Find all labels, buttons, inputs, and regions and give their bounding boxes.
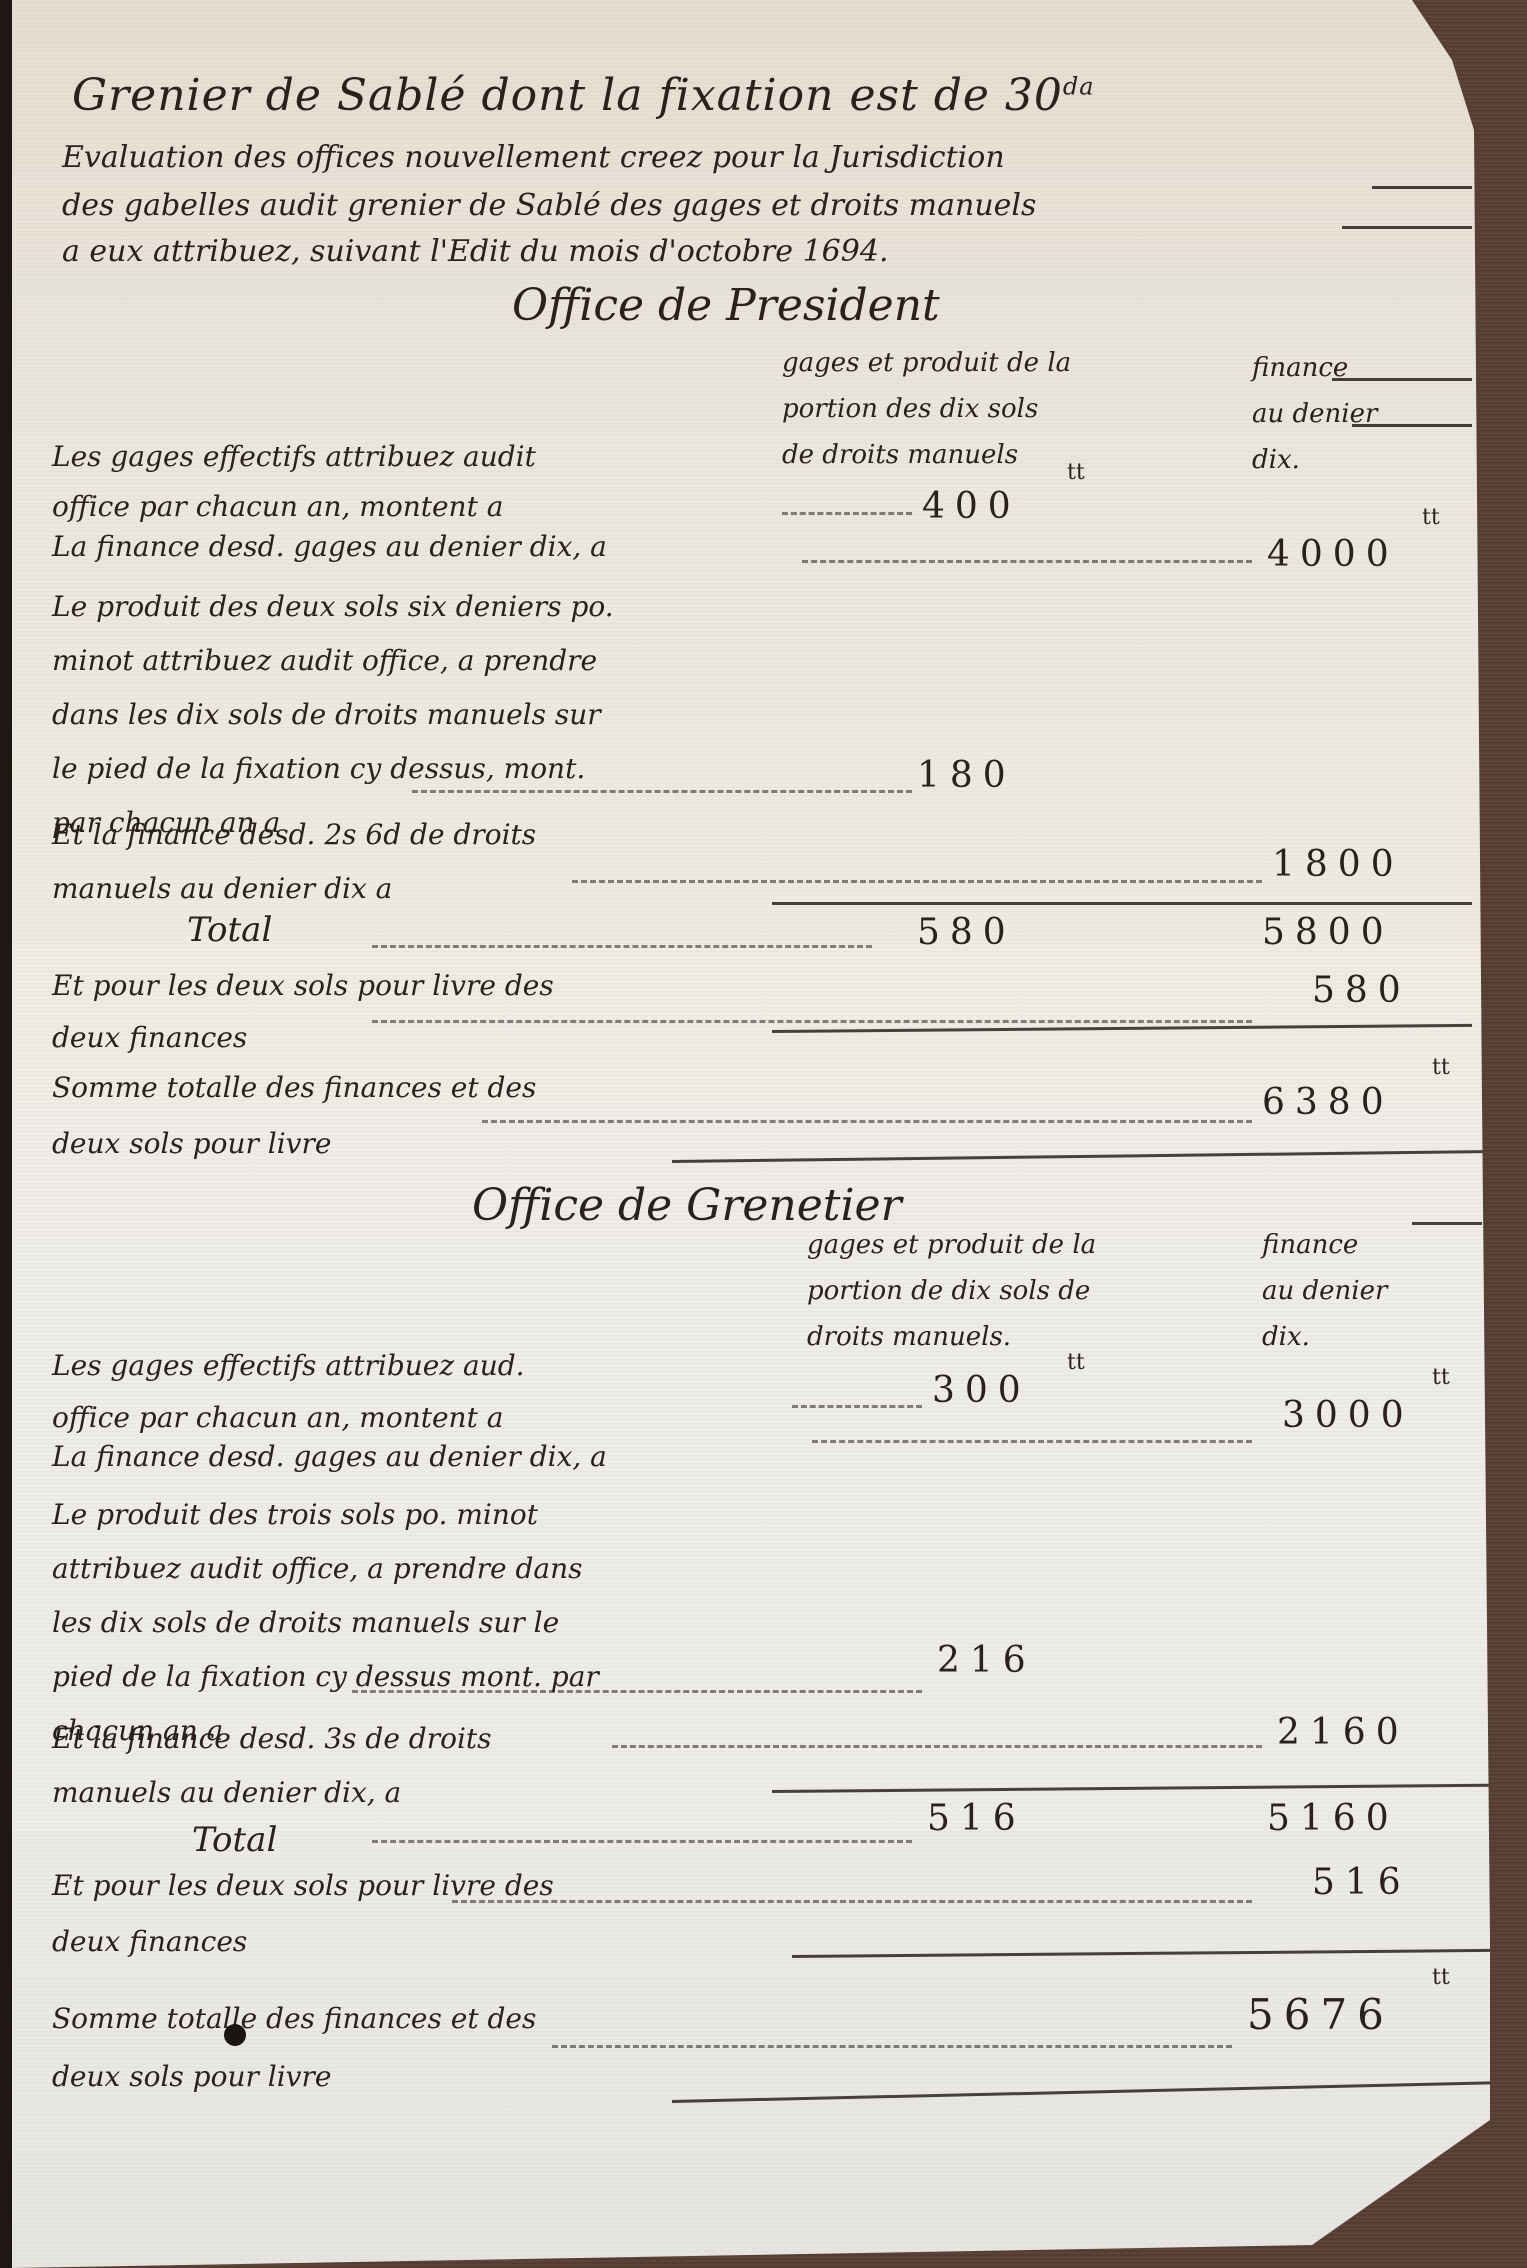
col1-header-line: portion de dix sols de — [807, 1268, 1096, 1314]
total-col1: 580 — [917, 912, 1016, 953]
col2-header-line: dix. — [1252, 437, 1377, 483]
two-sols-value: 516 — [1312, 1862, 1411, 1903]
col1-header-line: gages et produit de la — [807, 1222, 1096, 1268]
total-col1: 516 — [927, 1798, 1026, 1839]
total-col2: 5160 — [1267, 1798, 1399, 1839]
livres-mark: tt — [1432, 1055, 1450, 1080]
row-text-line: Et pour les deux sols pour livre des — [52, 1858, 554, 1914]
row-text-line: office par chacun an, montent a — [52, 482, 536, 532]
grand-total-text: Somme totalle des finances et des deux s… — [52, 1990, 536, 2106]
row-text-line: Et la finance desd. 2s 6d de droits — [52, 808, 536, 862]
row-text-line: Somme totalle des finances et des — [52, 1990, 536, 2048]
grand-total-value: 6380 — [1262, 1082, 1394, 1123]
total-rule — [772, 902, 1472, 905]
row-finance-wages: La finance desd. gages au denier dix, a — [52, 530, 607, 563]
two-sols-value: 580 — [1312, 970, 1411, 1011]
grand-total-value: 5676 — [1247, 1990, 1394, 2039]
subtotal-rule — [792, 1949, 1492, 1958]
row-text-line: minot attribuez audit office, a prendre — [52, 634, 614, 688]
livres-mark: tt — [1432, 1365, 1450, 1390]
grand-total-text: Somme totalle des finances et des deux s… — [52, 1060, 536, 1172]
value-col2: 2160 — [1277, 1712, 1409, 1753]
row-text-line: office par chacun an, montent a — [52, 1392, 525, 1444]
manuscript-page: Grenier de Sablé dont la fixation est de… — [12, 0, 1490, 2268]
col1-header: gages et produit de la portion de dix so… — [807, 1222, 1096, 1360]
col1-header-line: gages et produit de la — [782, 340, 1071, 386]
row-text-line: attribuez audit office, a prendre dans — [52, 1542, 599, 1596]
section-heading-president: Office de President — [512, 280, 940, 331]
col1-header-line: portion des dix sols — [782, 386, 1071, 432]
livres-mark: tt — [1422, 505, 1440, 530]
row-text-line: pied de la fixation cy dessus mont. par — [52, 1650, 599, 1704]
total-label: Total — [192, 1820, 277, 1860]
value-col1: 300 — [932, 1370, 1031, 1411]
row-text-line: deux sols pour livre — [52, 2048, 536, 2106]
leader-dots — [572, 880, 1262, 883]
leader-dots — [372, 1840, 912, 1843]
leader-dots — [782, 512, 912, 515]
total-label: Total — [187, 910, 272, 950]
row-text-line: Le produit des deux sols six deniers po. — [52, 580, 614, 634]
value-col2: 3000 — [1282, 1395, 1414, 1436]
intro-line-2: des gabelles audit grenier de Sablé des … — [62, 188, 1036, 223]
row-text-line: dans les dix sols de droits manuels sur — [52, 688, 614, 742]
col2-header-line: dix. — [1262, 1314, 1387, 1360]
livres-mark: tt — [1067, 1350, 1085, 1375]
value-col1: 180 — [917, 755, 1016, 796]
value-col2: 4000 — [1267, 534, 1399, 575]
leader-dots — [792, 1405, 922, 1408]
value-col2: 1800 — [1272, 844, 1404, 885]
row-text-line: le pied de la fixation cy dessus, mont. — [52, 742, 614, 796]
title-text: Grenier de Sablé dont la fixation est de… — [72, 70, 1063, 121]
col1-header: gages et produit de la portion des dix s… — [782, 340, 1071, 478]
value-col1: 216 — [937, 1640, 1036, 1681]
leader-dots — [552, 2045, 1232, 2048]
row-text-line: Les gages effectifs attribuez aud. — [52, 1340, 525, 1392]
col1-header-line: de droits manuels — [782, 432, 1071, 478]
two-sols-text: Et pour les deux sols pour livre des deu… — [52, 960, 554, 1064]
leader-dots — [372, 1020, 1252, 1023]
two-sols-text: Et pour les deux sols pour livre des deu… — [52, 1858, 554, 1970]
row-text-line: Le produit des trois sols po. minot — [52, 1488, 599, 1542]
row-text-line: Somme totalle des finances et des — [52, 1060, 536, 1116]
header-rule — [1352, 424, 1472, 427]
document-title: Grenier de Sablé dont la fixation est de… — [72, 70, 1095, 121]
leader-dots — [412, 790, 912, 793]
row-text-line: deux finances — [52, 1914, 554, 1970]
margin-rule — [1342, 226, 1472, 229]
margin-rule — [1372, 186, 1472, 189]
leader-dots — [482, 1120, 1252, 1123]
leader-dots — [352, 1690, 922, 1693]
leader-dots — [612, 1745, 1262, 1748]
intro-line-3: a eux attribuez, suivant l'Edit du mois … — [62, 234, 888, 269]
ink-blot — [224, 2024, 246, 2046]
section-end-rule — [672, 1150, 1492, 1163]
intro-line-1: Evaluation des offices nouvellement cree… — [62, 140, 1005, 175]
row-text-line: Les gages effectifs attribuez audit — [52, 432, 536, 482]
row-finance-product: Et la finance desd. 2s 6d de droits manu… — [52, 808, 536, 916]
row-text-line: Et la finance desd. 3s de droits — [52, 1712, 492, 1766]
row-text-line: manuels au denier dix, a — [52, 1766, 492, 1820]
value-col1: 400 — [922, 486, 1021, 527]
row-wages: Les gages effectifs attribuez aud. offic… — [52, 1340, 525, 1444]
total-rule — [772, 1784, 1492, 1793]
col2-header: finance au denier dix. — [1252, 345, 1377, 483]
row-text-line: manuels au denier dix a — [52, 862, 536, 916]
leader-dots — [372, 945, 872, 948]
col2-header-line: finance — [1262, 1222, 1387, 1268]
subtotal-rule — [772, 1024, 1472, 1033]
col2-header: finance au denier dix. — [1262, 1222, 1387, 1360]
col2-header-line: finance — [1252, 345, 1377, 391]
section-end-rule — [672, 2081, 1492, 2103]
total-col2: 5800 — [1262, 912, 1394, 953]
row-text-line: les dix sols de droits manuels sur le — [52, 1596, 599, 1650]
left-edge-shadow — [0, 0, 14, 2268]
row-finance-product: Et la finance desd. 3s de droits manuels… — [52, 1712, 492, 1820]
col2-header-line: au denier — [1252, 391, 1377, 437]
col2-header-line: au denier — [1262, 1268, 1387, 1314]
row-text-line: Et pour les deux sols pour livre des — [52, 960, 554, 1012]
livres-mark: tt — [1067, 460, 1085, 485]
row-wages: Les gages effectifs attribuez audit offi… — [52, 432, 536, 532]
header-rule — [1412, 1222, 1482, 1225]
livres-mark: tt — [1432, 1965, 1450, 1990]
row-text-line: deux sols pour livre — [52, 1116, 536, 1172]
header-rule — [1332, 378, 1472, 381]
leader-dots — [812, 1440, 1252, 1443]
title-superscript: da — [1063, 72, 1095, 100]
col1-header-line: droits manuels. — [807, 1314, 1096, 1360]
leader-dots — [452, 1900, 1252, 1903]
leader-dots — [802, 560, 1252, 563]
row-finance-wages: La finance desd. gages au denier dix, a — [52, 1440, 607, 1473]
